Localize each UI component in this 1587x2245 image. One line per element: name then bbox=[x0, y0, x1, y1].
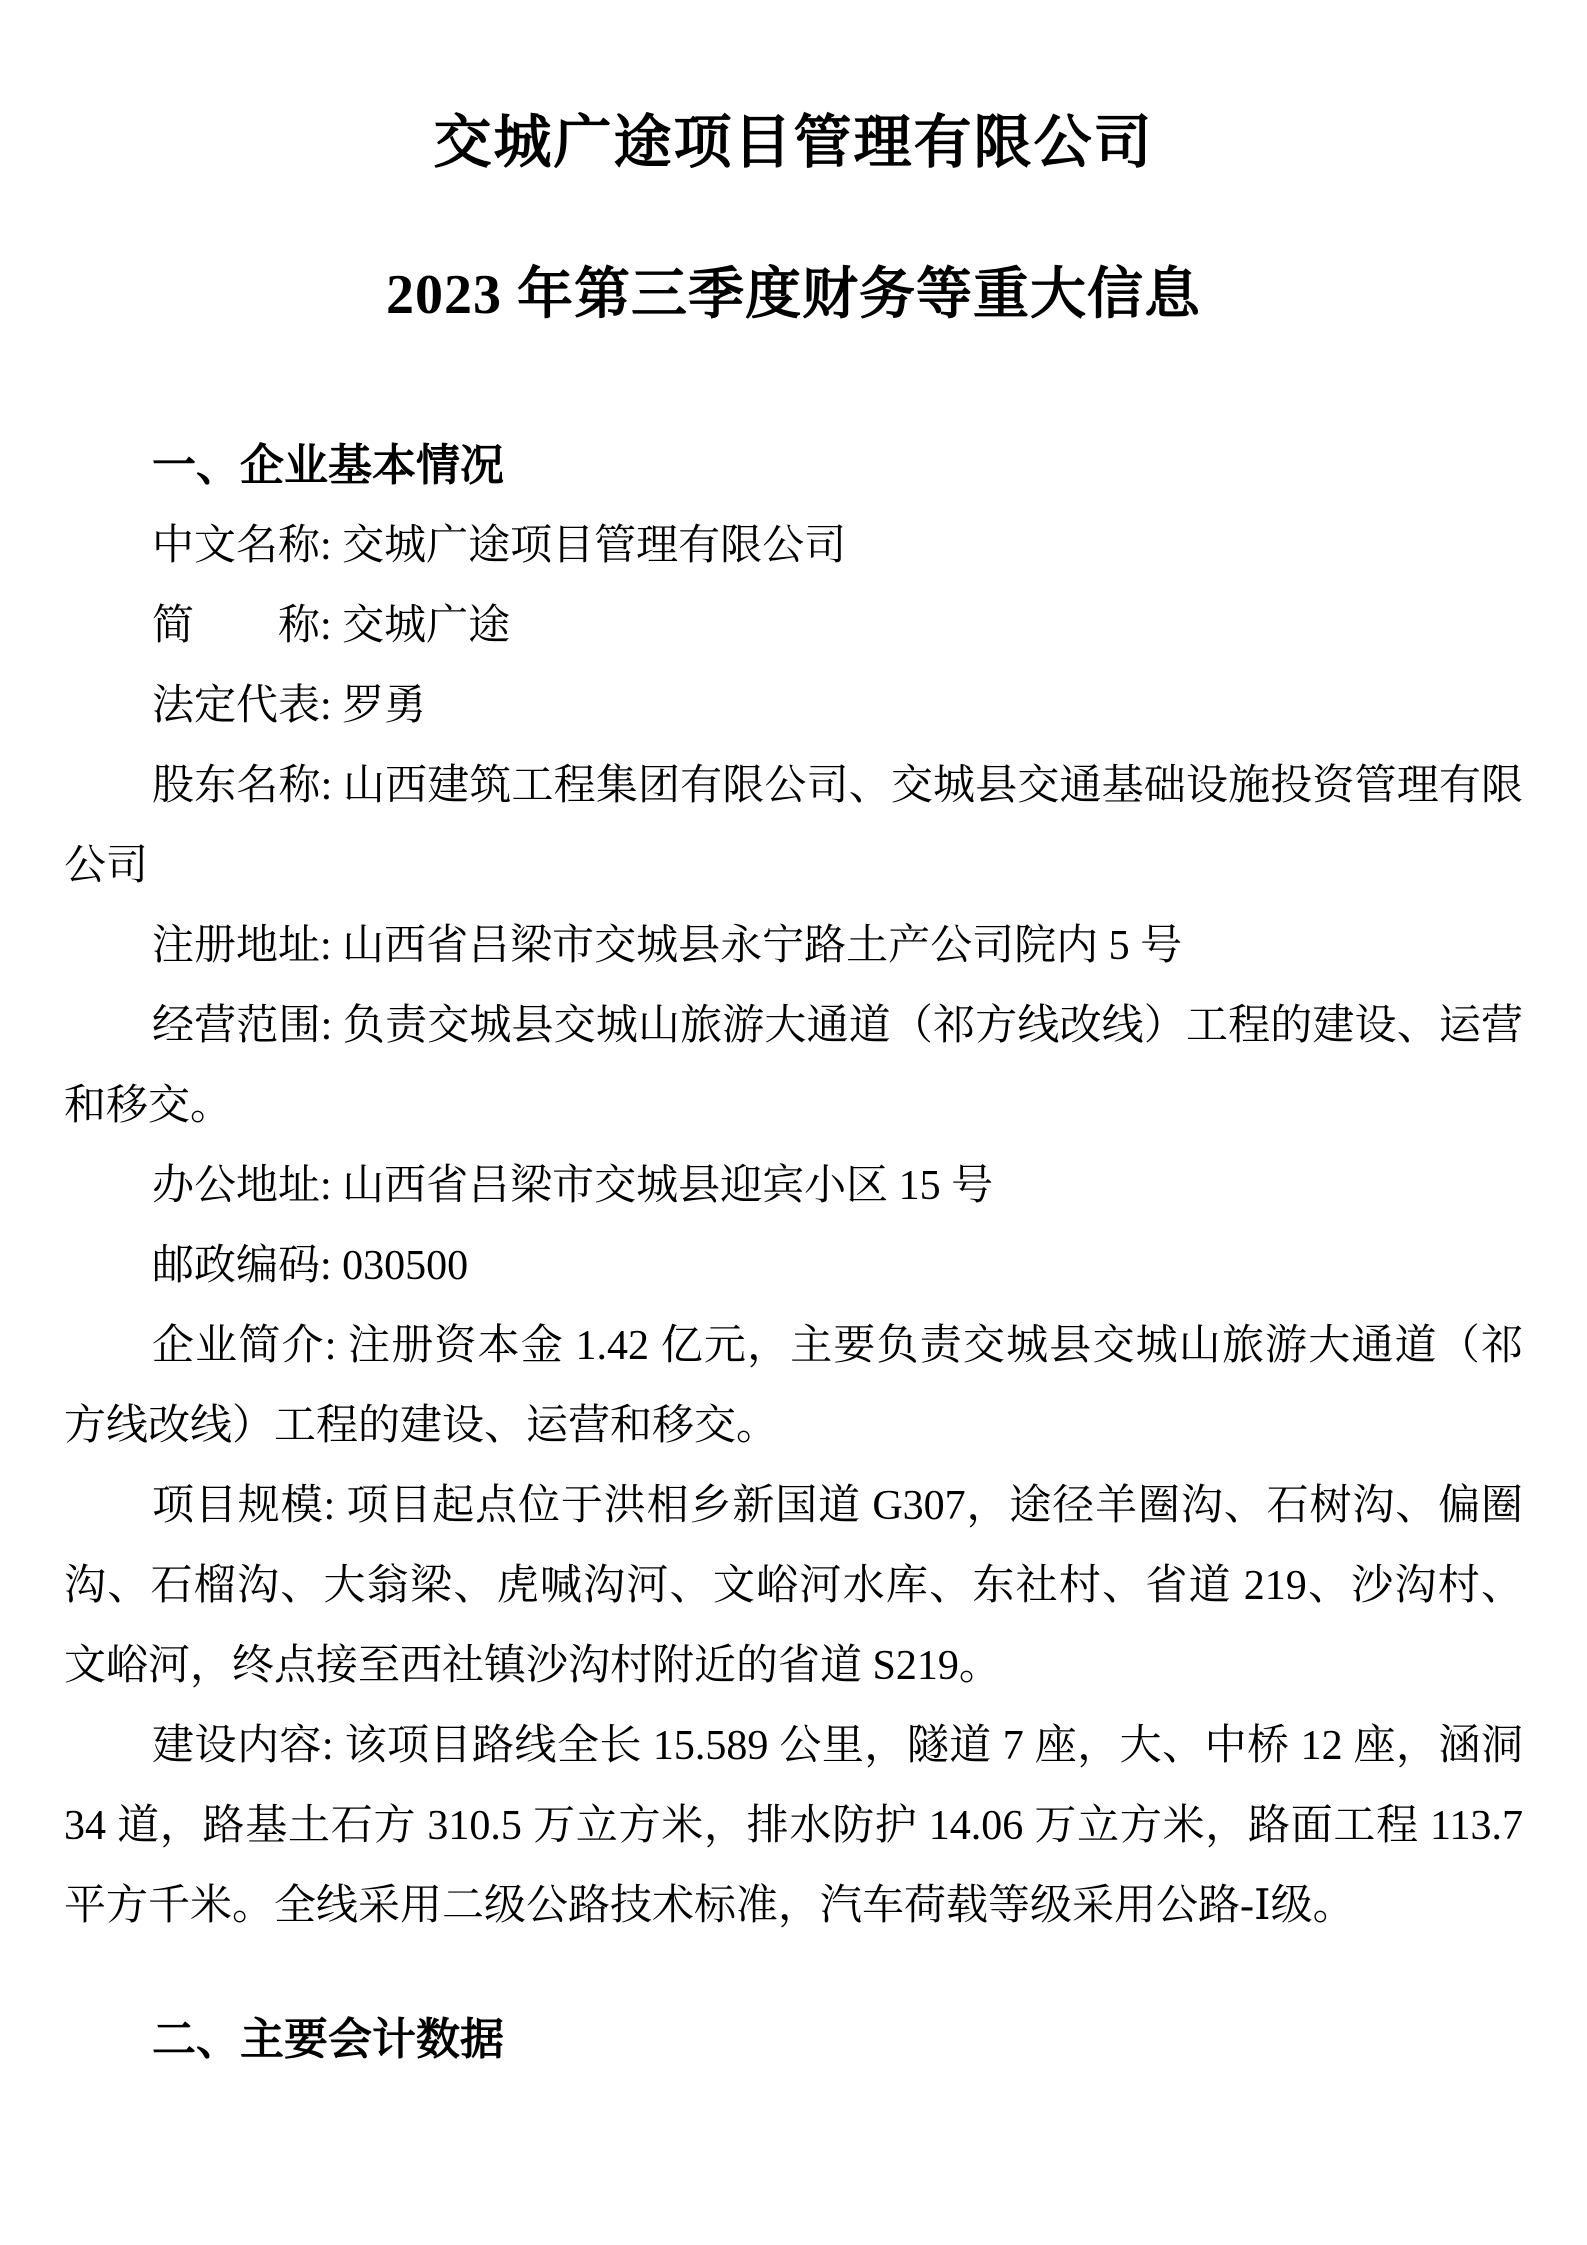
document-subtitle: 2023 年第三季度财务等重大信息 bbox=[64, 250, 1523, 340]
document-title: 交城广途项目管理有限公司 bbox=[64, 98, 1523, 188]
para-chinese-name: 中文名称: 交城广途项目管理有限公司 bbox=[64, 506, 1523, 586]
para-project-scale: 项目规模: 项目起点位于洪相乡新国道 G307，途径羊圈沟、石树沟、偏圈沟、石榴… bbox=[64, 1466, 1523, 1706]
para-construction-content: 建设内容: 该项目路线全长 15.589 公里，隧道 7 座，大、中桥 12 座… bbox=[64, 1706, 1523, 1946]
section-1-heading: 一、企业基本情况 bbox=[64, 426, 1523, 506]
para-business-scope: 经营范围: 负责交城县交城山旅游大通道（祁方线改线）工程的建设、运营和移交。 bbox=[64, 986, 1523, 1146]
para-postal-code: 邮政编码: 030500 bbox=[64, 1226, 1523, 1306]
para-legal-representative: 法定代表: 罗勇 bbox=[64, 666, 1523, 746]
para-short-name: 简 称: 交城广途 bbox=[64, 586, 1523, 666]
para-registered-address: 注册地址: 山西省吕梁市交城县永宁路土产公司院内 5 号 bbox=[64, 906, 1523, 986]
document-page: 交城广途项目管理有限公司 2023 年第三季度财务等重大信息 一、企业基本情况 … bbox=[0, 0, 1587, 2245]
para-company-profile: 企业简介: 注册资本金 1.42 亿元，主要负责交城县交城山旅游大通道（祁方线改… bbox=[64, 1306, 1523, 1466]
para-office-address: 办公地址: 山西省吕梁市交城县迎宾小区 15 号 bbox=[64, 1146, 1523, 1226]
para-shareholders: 股东名称: 山西建筑工程集团有限公司、交城县交通基础设施投资管理有限公司 bbox=[64, 746, 1523, 906]
section-2-heading: 二、主要会计数据 bbox=[64, 2000, 1523, 2080]
